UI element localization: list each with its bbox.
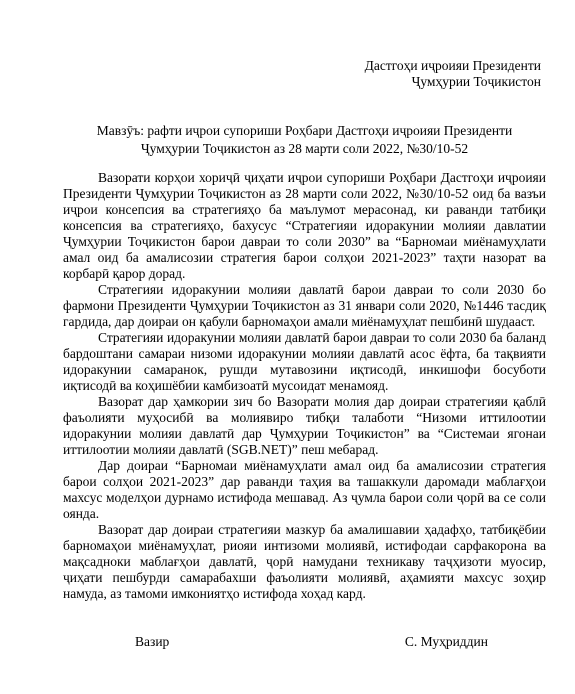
body-paragraph: Вазорат дар доираи стратегияи мазкур ба … <box>63 522 546 602</box>
addressee-line-1: Дастгоҳи иҷроияи Президенти <box>63 58 541 74</box>
subject-line-1: Мавзӯъ: рафти иҷрои супориши Роҳбари Дас… <box>63 122 546 140</box>
letter-body: Вазорати корҳои хориҷӣ ҷиҳати иҷрои супо… <box>63 170 546 602</box>
signatory-title: Вазир <box>135 634 169 650</box>
subject-block: Мавзӯъ: рафти иҷрои супориши Роҳбари Дас… <box>63 122 546 157</box>
body-paragraph: Дар доираи “Барномаи миёнамуҳлати амал о… <box>63 458 546 522</box>
body-paragraph: Стратегияи идоракунии молияи давлатӣ бар… <box>63 330 546 394</box>
body-paragraph: Вазорат дар ҳамкории зич бо Вазорати мол… <box>63 394 546 458</box>
body-paragraph: Вазорати корҳои хориҷӣ ҷиҳати иҷрои супо… <box>63 170 546 282</box>
signature-row: Вазир С. Муҳриддин <box>63 634 546 650</box>
addressee-block: Дастгоҳи иҷроияи Президенти Ҷумҳурии Тоҷ… <box>63 0 546 89</box>
addressee-line-2: Ҷумҳурии Тоҷикистон <box>63 74 541 90</box>
signatory-name: С. Муҳриддин <box>405 634 488 650</box>
subject-line-2: Ҷумҳурии Тоҷикистон аз 28 марти соли 202… <box>63 140 546 158</box>
body-paragraph: Стратегияи идоракунии молияи давлатӣ бар… <box>63 282 546 330</box>
document-page: Дастгоҳи иҷроияи Президенти Ҷумҳурии Тоҷ… <box>0 0 575 694</box>
